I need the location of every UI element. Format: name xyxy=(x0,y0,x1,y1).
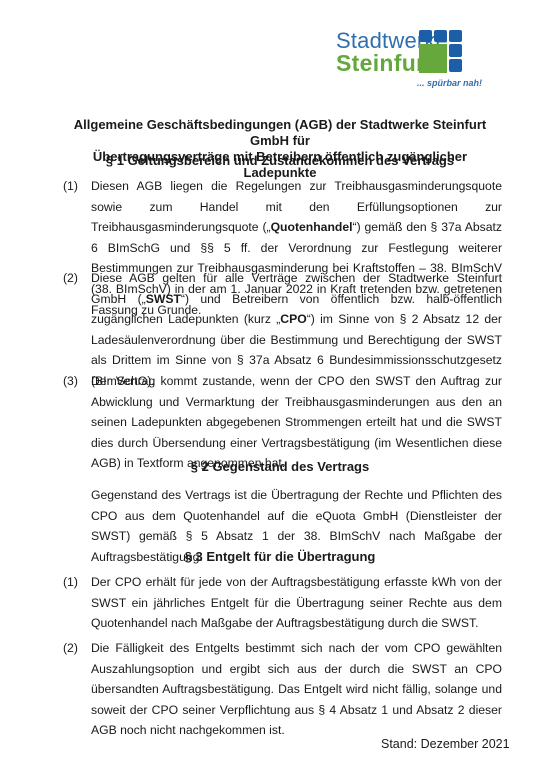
document-date: Stand: Dezember 2021 xyxy=(381,737,510,751)
paragraph-number: (1) xyxy=(63,179,78,193)
paragraph-3-1: Der CPO erhält für jede von der Auftrags… xyxy=(91,572,502,634)
company-logo: Stadtwerke Steinfurt ... spürbar nah! xyxy=(336,30,536,88)
logo-grid-icon xyxy=(419,30,464,75)
paragraph-number: (2) xyxy=(63,641,78,655)
document-title: Allgemeine Geschäftsbedingungen (AGB) de… xyxy=(60,117,500,181)
paragraph-number: (1) xyxy=(63,575,78,589)
paragraph-number: (2) xyxy=(63,271,78,285)
section-heading-3: § 3 Entgelt für die Übertragung xyxy=(60,549,500,564)
section-heading-2: § 2 Gegenstand des Vertrags xyxy=(60,459,500,474)
paragraph-number: (3) xyxy=(63,374,78,388)
section-heading-1: § 1 Geltungsbereich und Zustandekommen d… xyxy=(60,153,500,168)
logo-tagline: ... spürbar nah! xyxy=(417,78,482,88)
paragraph-3-2: Die Fälligkeit des Entgelts bestimmt sic… xyxy=(91,638,502,741)
